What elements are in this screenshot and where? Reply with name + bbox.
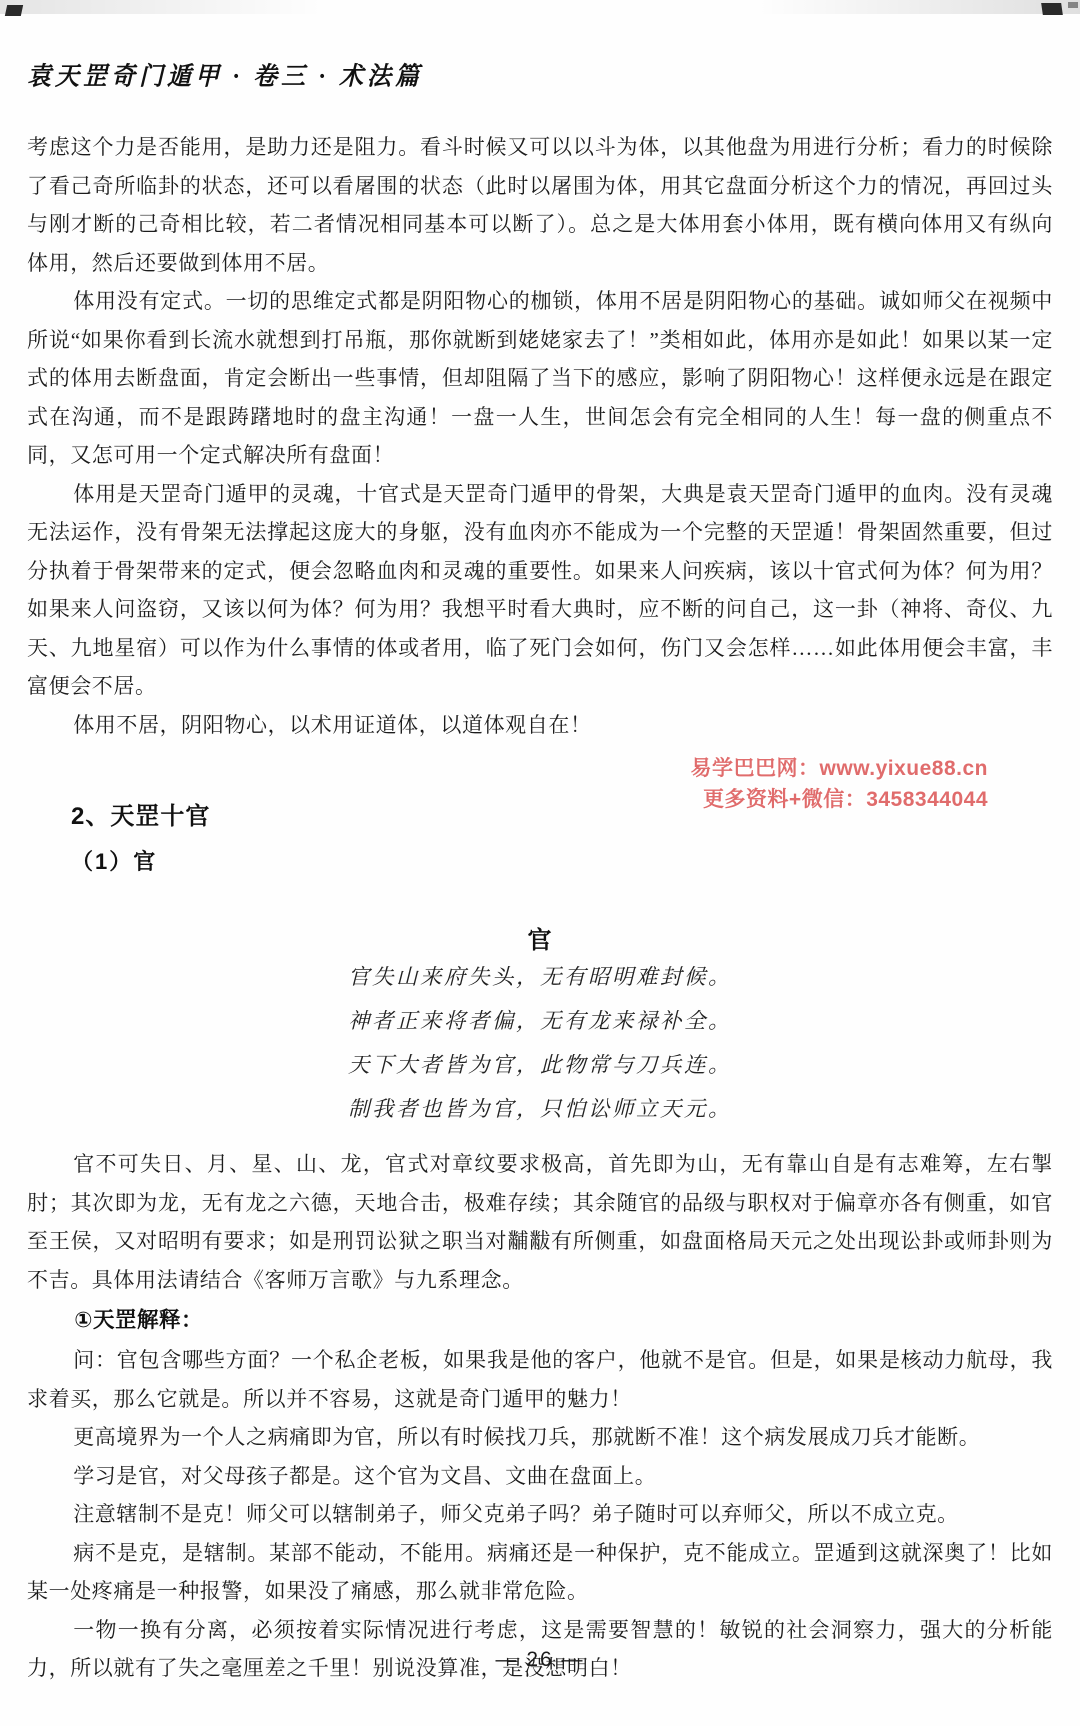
scanned-book-page: 袁天罡奇门遁甲 · 卷三 · 术法篇 易学巴巴网：www.yixue88.cn … (0, 0, 1080, 1726)
page-body: 考虑这个力是否能用，是助力还是阻力。看斗时候又可以以斗为体，以其他盘为用进行分析… (27, 128, 1053, 1688)
explain-paragraph: 病不是克，是辖制。某部不能动，不能用。病痛还是一种保护，克不能成立。罡遁到这就深… (27, 1534, 1053, 1611)
body-paragraph: 体用是天罡奇门遁甲的灵魂，十官式是天罡奇门遁甲的骨架，大典是袁天罡奇门遁甲的血肉… (27, 475, 1053, 706)
explain-paragraph: 问：官包含哪些方面？一个私企老板，如果我是他的客户，他就不是官。但是，如果是核动… (27, 1341, 1053, 1418)
explain-heading: ①天罡解释： (27, 1299, 1053, 1341)
body-paragraph: 体用不居，阴阳物心，以术用证道体，以道体观自在！ (27, 706, 1053, 745)
poem-title: 官 (27, 920, 1053, 955)
poem-block: 官 官失山来府失头，无有昭明难封候。 神者正来将者偏，无有龙来禄补全。 天下大者… (27, 920, 1053, 1131)
section-heading: 2、天罡十官 (71, 796, 1053, 831)
poem-line: 神者正来将者偏，无有龙来禄补全。 (27, 999, 1053, 1043)
poem-line: 天下大者皆为官，此物常与刀兵连。 (27, 1043, 1053, 1087)
poem-line: 制我者也皆为官，只怕讼师立天元。 (27, 1087, 1053, 1131)
explain-paragraph: 注意辖制不是克！师父可以辖制弟子，师父克弟子吗？弟子随时可以弃师父，所以不成立克… (27, 1495, 1053, 1534)
body-paragraph: 考虑这个力是否能用，是助力还是阻力。看斗时候又可以以斗为体，以其他盘为用进行分析… (27, 128, 1053, 282)
scan-artifact (5, 5, 23, 16)
explain-paragraph: 学习是官，对父母孩子都是。这个官为文昌、文曲在盘面上。 (27, 1457, 1053, 1496)
body-paragraph: 体用没有定式。一切的思维定式都是阴阳物心的枷锁，体用不居是阴阳物心的基础。诚如师… (27, 282, 1053, 475)
body-paragraph: 官不可失日、月、星、山、龙，官式对章纹要求极高，首先即为山，无有靠山自是有志难筹… (27, 1145, 1053, 1299)
scan-artifact (1041, 3, 1063, 15)
scan-artifact (1068, 2, 1078, 8)
running-header: 袁天罡奇门遁甲 · 卷三 · 术法篇 (27, 55, 423, 92)
page-number: — 26 — (0, 1648, 1080, 1672)
explain-paragraph: 更高境界为一个人之病痛即为官，所以有时候找刀兵，那就断不准！这个病发展成刀兵才能… (27, 1418, 1053, 1457)
scan-edge-shading (0, 0, 1080, 14)
subsection-heading: （1）官 (71, 845, 1053, 876)
poem-line: 官失山来府失头，无有昭明难封候。 (27, 955, 1053, 999)
